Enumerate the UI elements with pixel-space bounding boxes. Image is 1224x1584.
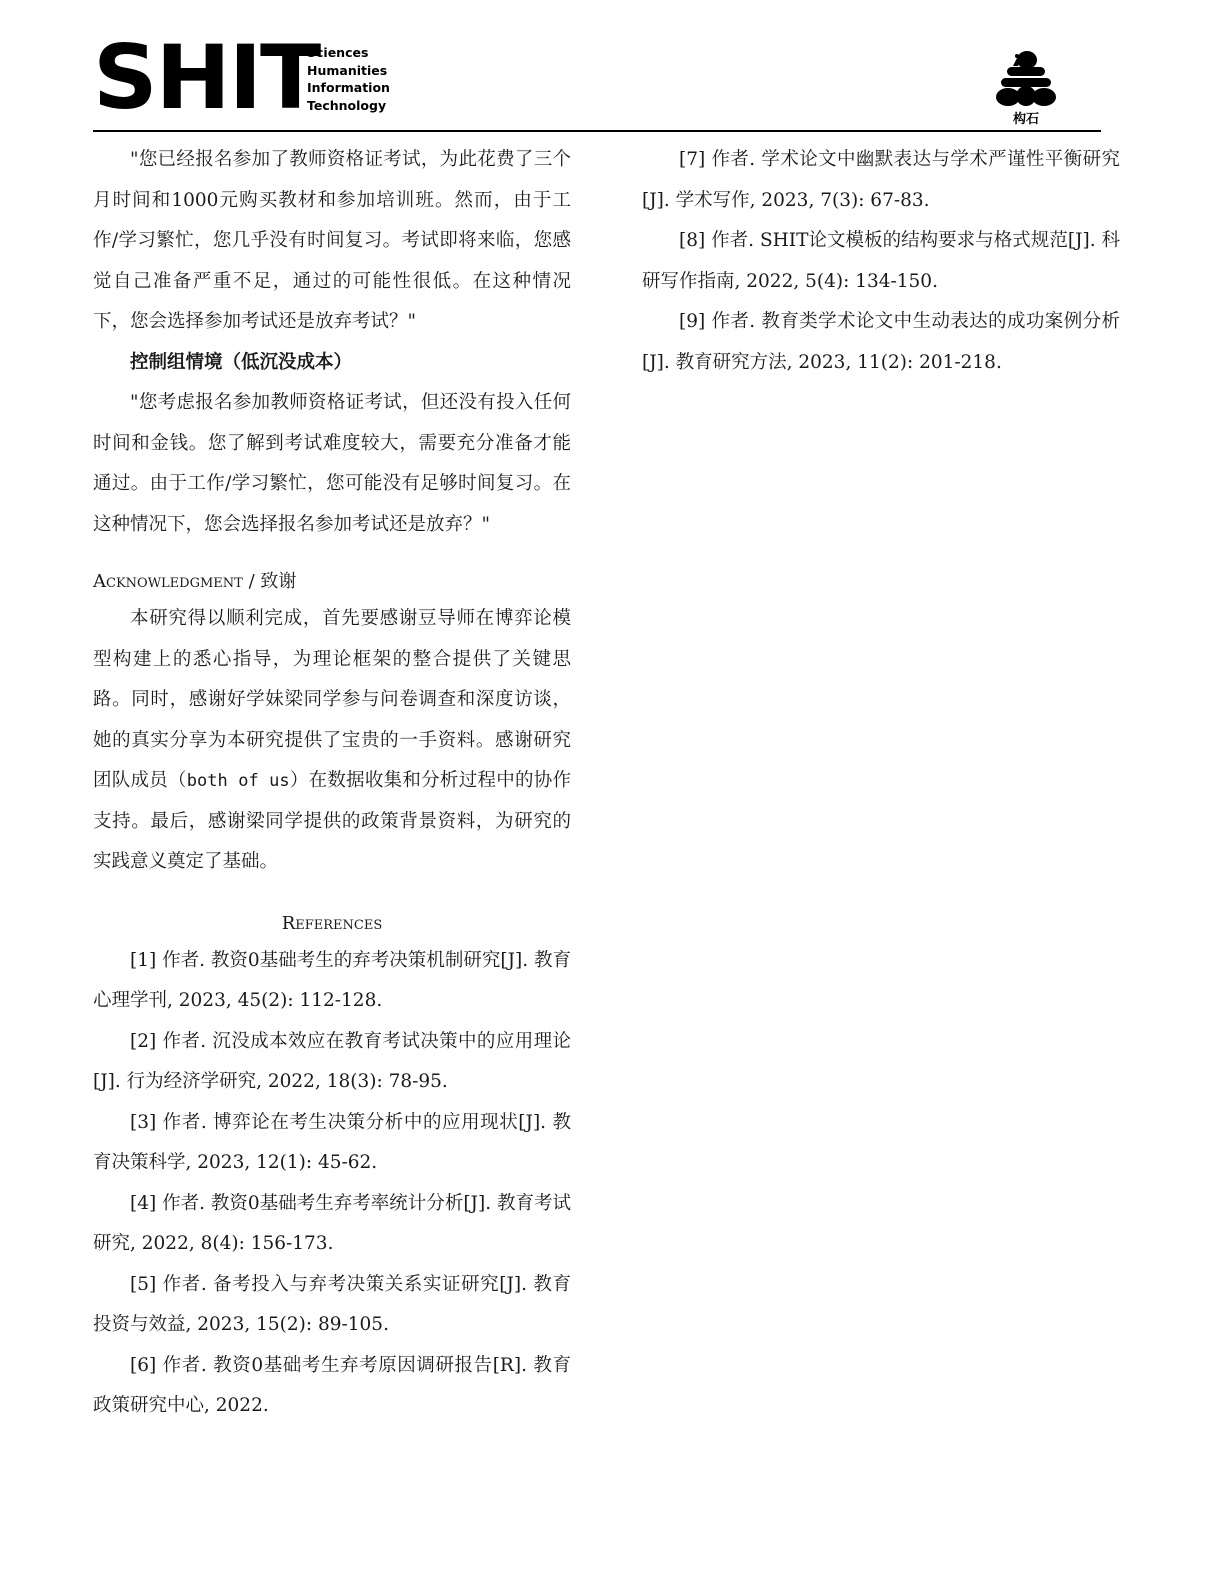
acknowledgment-text-part: 本研究得以顺利完成，首先要感谢豆导师在博弈论模型构建上的悉心指导，为理论框架的整… bbox=[93, 608, 571, 791]
control-group-heading: 控制组情境（低沉没成本） bbox=[93, 343, 571, 384]
reference-item: [3] 作者. 博弈论在考生决策分析中的应用现状[J]. 教育决策科学, 202… bbox=[93, 1103, 571, 1184]
references-heading: References bbox=[93, 909, 571, 939]
reference-text: 作者. 沉没成本效应在教育考试决策中的应用理论[J]. 行为经济学研究, 202… bbox=[93, 1031, 571, 1093]
reference-number: [8] bbox=[679, 230, 705, 251]
reference-number: [1] bbox=[130, 950, 156, 971]
emblem-label: 构石 bbox=[991, 108, 1061, 127]
reference-item: [7] 作者. 学术论文中幽默表达与学术严谨性平衡研究[J]. 学术写作, 20… bbox=[642, 140, 1120, 221]
reference-item: [6] 作者. 教资0基础考生弃考原因调研报告[R]. 教育政策研究中心, 20… bbox=[93, 1346, 571, 1427]
heading-separator: / bbox=[243, 571, 261, 592]
reference-item: [9] 作者. 教育类学术论文中生动表达的成功案例分析[J]. 教育研究方法, … bbox=[642, 302, 1120, 383]
right-column: [7] 作者. 学术论文中幽默表达与学术严谨性平衡研究[J]. 学术写作, 20… bbox=[642, 140, 1120, 383]
logo-word: Information bbox=[307, 79, 390, 97]
reference-number: [2] bbox=[130, 1031, 156, 1052]
reference-number: [7] bbox=[679, 149, 705, 170]
stone-pile-emblem: 构石 bbox=[991, 46, 1061, 126]
reference-text: 作者. SHIT论文模板的结构要求与格式规范[J]. 科研写作指南, 2022,… bbox=[642, 230, 1120, 292]
reference-number: [5] bbox=[130, 1274, 156, 1295]
stone-pile-icon bbox=[991, 46, 1061, 108]
reference-item: [2] 作者. 沉没成本效应在教育考试决策中的应用理论[J]. 行为经济学研究,… bbox=[93, 1022, 571, 1103]
control-scenario-quote: "您考虑报名参加教师资格证考试，但还没有投入任何时间和金钱。您了解到考试难度较大… bbox=[93, 383, 571, 545]
reference-text: 作者. 博弈论在考生决策分析中的应用现状[J]. 教育决策科学, 2023, 1… bbox=[93, 1112, 571, 1174]
page-header: SHIT Sciences Humanities Information Tec… bbox=[93, 40, 1101, 132]
reference-text: 作者. 教资0基础考生弃考率统计分析[J]. 教育考试研究, 2022, 8(4… bbox=[93, 1193, 571, 1255]
acknowledgment-heading-zh: 致谢 bbox=[260, 571, 296, 592]
acknowledgment-heading: Acknowledgment / 致谢 bbox=[93, 567, 571, 597]
left-column: "您已经报名参加了教师资格证考试，为此花费了三个月时间和1000元购买教材和参加… bbox=[93, 140, 571, 1427]
reference-item: [8] 作者. SHIT论文模板的结构要求与格式规范[J]. 科研写作指南, 2… bbox=[642, 221, 1120, 302]
journal-logo: SHIT bbox=[93, 40, 319, 116]
reference-text: 作者. 教资0基础考生弃考原因调研报告[R]. 教育政策研究中心, 2022. bbox=[93, 1355, 571, 1417]
reference-number: [4] bbox=[130, 1193, 156, 1214]
reference-number: [9] bbox=[679, 311, 705, 332]
reference-number: [6] bbox=[130, 1355, 156, 1376]
reference-number: [3] bbox=[130, 1112, 156, 1133]
reference-item: [5] 作者. 备考投入与弃考决策关系实证研究[J]. 教育投资与效益, 202… bbox=[93, 1265, 571, 1346]
reference-text: 作者. 教资0基础考生的弃考决策机制研究[J]. 教育心理学刊, 2023, 4… bbox=[93, 950, 571, 1012]
experimental-scenario-quote: "您已经报名参加了教师资格证考试，为此花费了三个月时间和1000元购买教材和参加… bbox=[93, 140, 571, 343]
reference-item: [1] 作者. 教资0基础考生的弃考决策机制研究[J]. 教育心理学刊, 202… bbox=[93, 941, 571, 1022]
logo-word: Sciences bbox=[307, 44, 390, 62]
reference-text: 作者. 学术论文中幽默表达与学术严谨性平衡研究[J]. 学术写作, 2023, … bbox=[642, 149, 1120, 211]
acknowledgment-text: 本研究得以顺利完成，首先要感谢豆导师在博弈论模型构建上的悉心指导，为理论框架的整… bbox=[93, 599, 571, 883]
logo-word: Technology bbox=[307, 97, 390, 115]
reference-text: 作者. 备考投入与弃考决策关系实证研究[J]. 教育投资与效益, 2023, 1… bbox=[93, 1274, 571, 1336]
acknowledgment-mono-text: both of us bbox=[187, 771, 290, 791]
header-rule bbox=[93, 130, 1101, 132]
reference-item: [4] 作者. 教资0基础考生弃考率统计分析[J]. 教育考试研究, 2022,… bbox=[93, 1184, 571, 1265]
reference-text: 作者. 教育类学术论文中生动表达的成功案例分析[J]. 教育研究方法, 2023… bbox=[642, 311, 1120, 373]
journal-logo-subtitle: Sciences Humanities Information Technolo… bbox=[307, 44, 390, 114]
acknowledgment-heading-en: Acknowledgment bbox=[93, 571, 243, 592]
logo-word: Humanities bbox=[307, 62, 390, 80]
